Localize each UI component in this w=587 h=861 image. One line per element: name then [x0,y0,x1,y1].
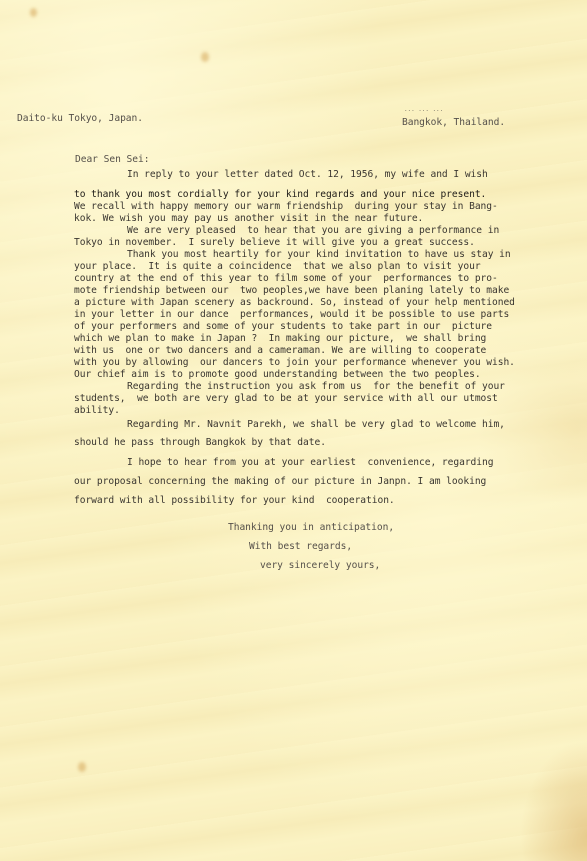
letter-page: Daito-ku Tokyo, Japan. ... ... ... Bangk… [0,0,587,861]
body-line: a picture with Japan scenery as backroun… [74,297,515,308]
body-line: Regarding Mr. Navnit Parekh, we shall be… [127,419,505,430]
body-line: country at the end of this year to film … [74,273,498,284]
body-line: should he pass through Bangkok by that d… [74,437,326,448]
body-line: students, we both are very glad to be at… [74,393,498,404]
body-line: Our chief aim is to promote good underst… [74,369,481,380]
body-line: Regarding the instruction you ask from u… [127,381,505,392]
stain [30,8,37,17]
body-line: We are very pleased to hear that you are… [127,225,499,236]
body-line: Thank you most heartily for your kind in… [127,249,511,260]
body-line: with you by allowing our dancers to join… [74,357,515,368]
stain [201,52,209,62]
body-line: Tokyo in november. I surely believe it w… [74,237,475,248]
sender-address-left: Daito-ku Tokyo, Japan. [17,113,143,124]
body-line: of your performers and some of your stud… [74,321,492,332]
body-line: which we plan to make in Japan ? In maki… [74,333,486,344]
body-line: kok. We wish you may pay us another visi… [74,213,423,224]
body-line: In reply to your letter dated Oct. 12, 1… [127,169,488,180]
body-line: our proposal concerning the making of ou… [74,476,486,487]
body-line: ability. [74,405,120,416]
closing-line: very sincerely yours, [260,560,380,571]
body-line: to thank you most cordially for your kin… [74,189,486,200]
salutation: Dear Sen Sei: [75,154,149,165]
body-line: I hope to hear from you at your earliest… [127,457,493,468]
body-line: your place. It is quite a coincidence th… [74,261,481,272]
body-line: We recall with happy memory our warm fri… [74,201,498,212]
body-line: in your letter in our dance performances… [74,309,509,320]
stain [78,762,86,772]
sender-address-right: Bangkok, Thailand. [402,117,505,128]
body-line: forward with all possibility for your ki… [74,495,395,506]
body-line: with us one or two dancers and a cameram… [74,345,486,356]
sender-address-right-partial: ... ... ... [404,106,443,113]
body-line: mote friendship between our two peoples,… [74,285,509,296]
closing-line: Thanking you in anticipation, [228,522,394,533]
closing-line: With best regards, [249,541,352,552]
